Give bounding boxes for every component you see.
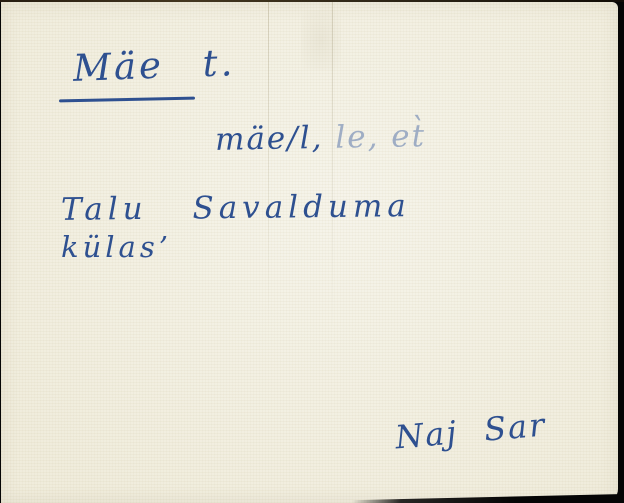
card-title-handwriting: Mäe t. bbox=[72, 41, 236, 90]
description-line-1: Talu Savalduma bbox=[61, 188, 411, 228]
title-underline-stroke bbox=[59, 97, 195, 103]
scanned-card-background: Mäe t. mäe/l, le, et̀ Talu Savalduma kül… bbox=[0, 0, 624, 503]
annotation-signature: Naj Sar bbox=[394, 405, 548, 456]
case-forms-line: mäe/l, le, et̀ bbox=[215, 118, 427, 158]
case-forms-primary: mäe/l, bbox=[215, 120, 324, 158]
index-card: Mäe t. mäe/l, le, et̀ Talu Savalduma kül… bbox=[1, 2, 618, 503]
scanner-backing-top-edge bbox=[0, 0, 624, 2]
description-line-2: külas’ bbox=[61, 230, 172, 264]
paper-crease-left bbox=[268, 2, 269, 332]
case-forms-faded: le, et̀ bbox=[323, 118, 426, 156]
paper-smudge bbox=[301, 10, 341, 70]
